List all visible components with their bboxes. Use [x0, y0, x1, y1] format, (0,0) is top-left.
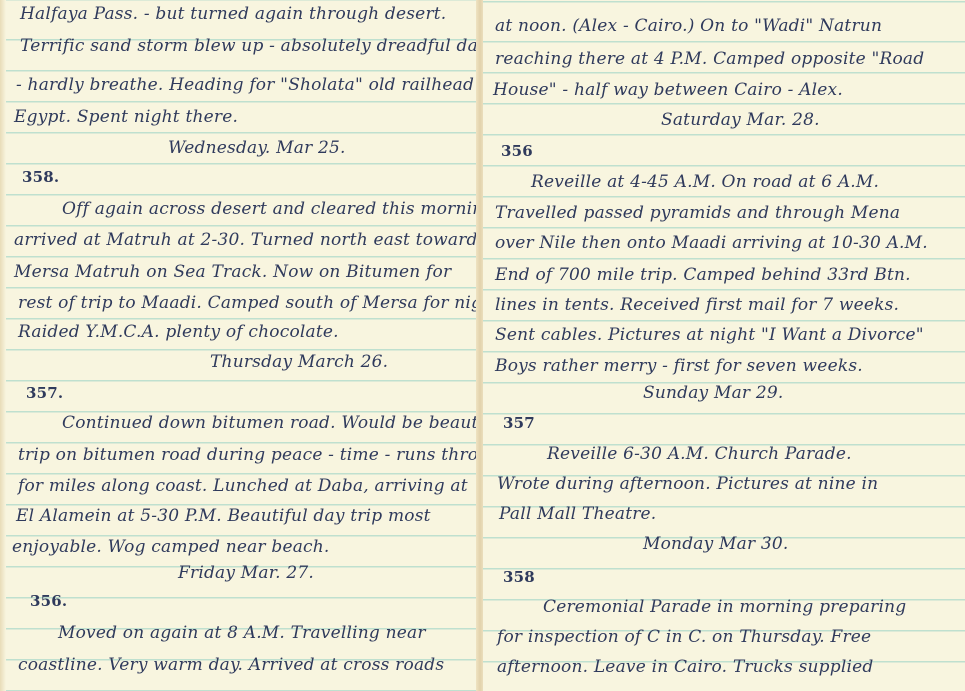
date-heading: Monday Mar 30.	[643, 534, 789, 554]
text-line: for inspection of C in C. on Thursday. F…	[497, 627, 871, 647]
entry-number: 356	[501, 142, 533, 160]
text-line: Halfaya Pass. - but turned again through…	[20, 4, 446, 24]
text-line: Boys rather merry - first for seven week…	[495, 356, 863, 376]
text-line: arrived at Matruh at 2-30. Turned north …	[14, 230, 478, 250]
entry-number: 356.	[30, 592, 67, 610]
text-line: reaching there at 4 P.M. Camped opposite…	[495, 49, 924, 69]
text-line: Terrific sand storm blew up - absolutely…	[20, 36, 478, 56]
text-line: over Nile then onto Maadi arriving at 10…	[495, 233, 928, 253]
text-line: for miles along coast. Lunched at Daba, …	[18, 476, 468, 496]
entry-number: 358.	[22, 168, 59, 186]
text-line: at noon. (Alex - Cairo.) On to "Wadi" Na…	[495, 16, 882, 36]
text-line: lines in tents. Received first mail for …	[495, 295, 899, 315]
text-line: Moved on again at 8 A.M. Travelling near	[58, 623, 426, 643]
text-line: Reveille at 4-45 A.M. On road at 6 A.M.	[531, 172, 879, 192]
entry-number: 358	[503, 568, 535, 586]
right-page: at noon. (Alex - Cairo.) On to "Wadi" Na…	[483, 0, 965, 691]
text-line: Continued down bitumen road. Would be be…	[62, 413, 478, 433]
date-heading: Saturday Mar. 28.	[661, 110, 820, 130]
entry-number: 357.	[26, 384, 63, 402]
text-line: End of 700 mile trip. Camped behind 33rd…	[495, 265, 911, 285]
text-line: Ceremonial Parade in morning preparing	[543, 597, 906, 617]
date-heading: Wednesday. Mar 25.	[168, 138, 346, 158]
text-line: Travelled passed pyramids and through Me…	[495, 203, 900, 223]
text-line: Pall Mall Theatre.	[499, 504, 656, 524]
text-line: trip on bitumen road during peace - time…	[18, 445, 478, 465]
text-line: Raided Y.M.C.A. plenty of chocolate.	[18, 322, 339, 342]
text-line: Off again across desert and cleared this…	[62, 199, 478, 219]
text-line: afternoon. Leave in Cairo. Trucks suppli…	[497, 657, 873, 677]
text-line: Wrote during afternoon. Pictures at nine…	[497, 474, 878, 494]
date-heading: Friday Mar. 27.	[178, 563, 314, 583]
text-line: Sent cables. Pictures at night "I Want a…	[495, 325, 924, 345]
text-line: enjoyable. Wog camped near beach.	[12, 537, 330, 557]
entry-number: 357	[503, 414, 535, 432]
text-line: House" - half way between Cairo - Alex.	[493, 80, 843, 100]
left-page: Halfaya Pass. - but turned again through…	[0, 0, 478, 691]
page-edge	[0, 0, 6, 691]
diary-spread: Halfaya Pass. - but turned again through…	[0, 0, 965, 691]
text-line: El Alamein at 5-30 P.M. Beautiful day tr…	[16, 506, 431, 526]
date-heading: Sunday Mar 29.	[643, 383, 783, 403]
date-heading: Thursday March 26.	[210, 352, 388, 372]
text-line: Reveille 6-30 A.M. Church Parade.	[547, 444, 852, 464]
text-line: Mersa Matruh on Sea Track. Now on Bitume…	[14, 262, 451, 282]
text-line: coastline. Very warm day. Arrived at cro…	[18, 655, 444, 675]
text-line: rest of trip to Maadi. Camped south of M…	[18, 293, 478, 313]
text-line: Egypt. Spent night there.	[14, 107, 238, 127]
text-line: - hardly breathe. Heading for "Sholata" …	[16, 75, 478, 95]
